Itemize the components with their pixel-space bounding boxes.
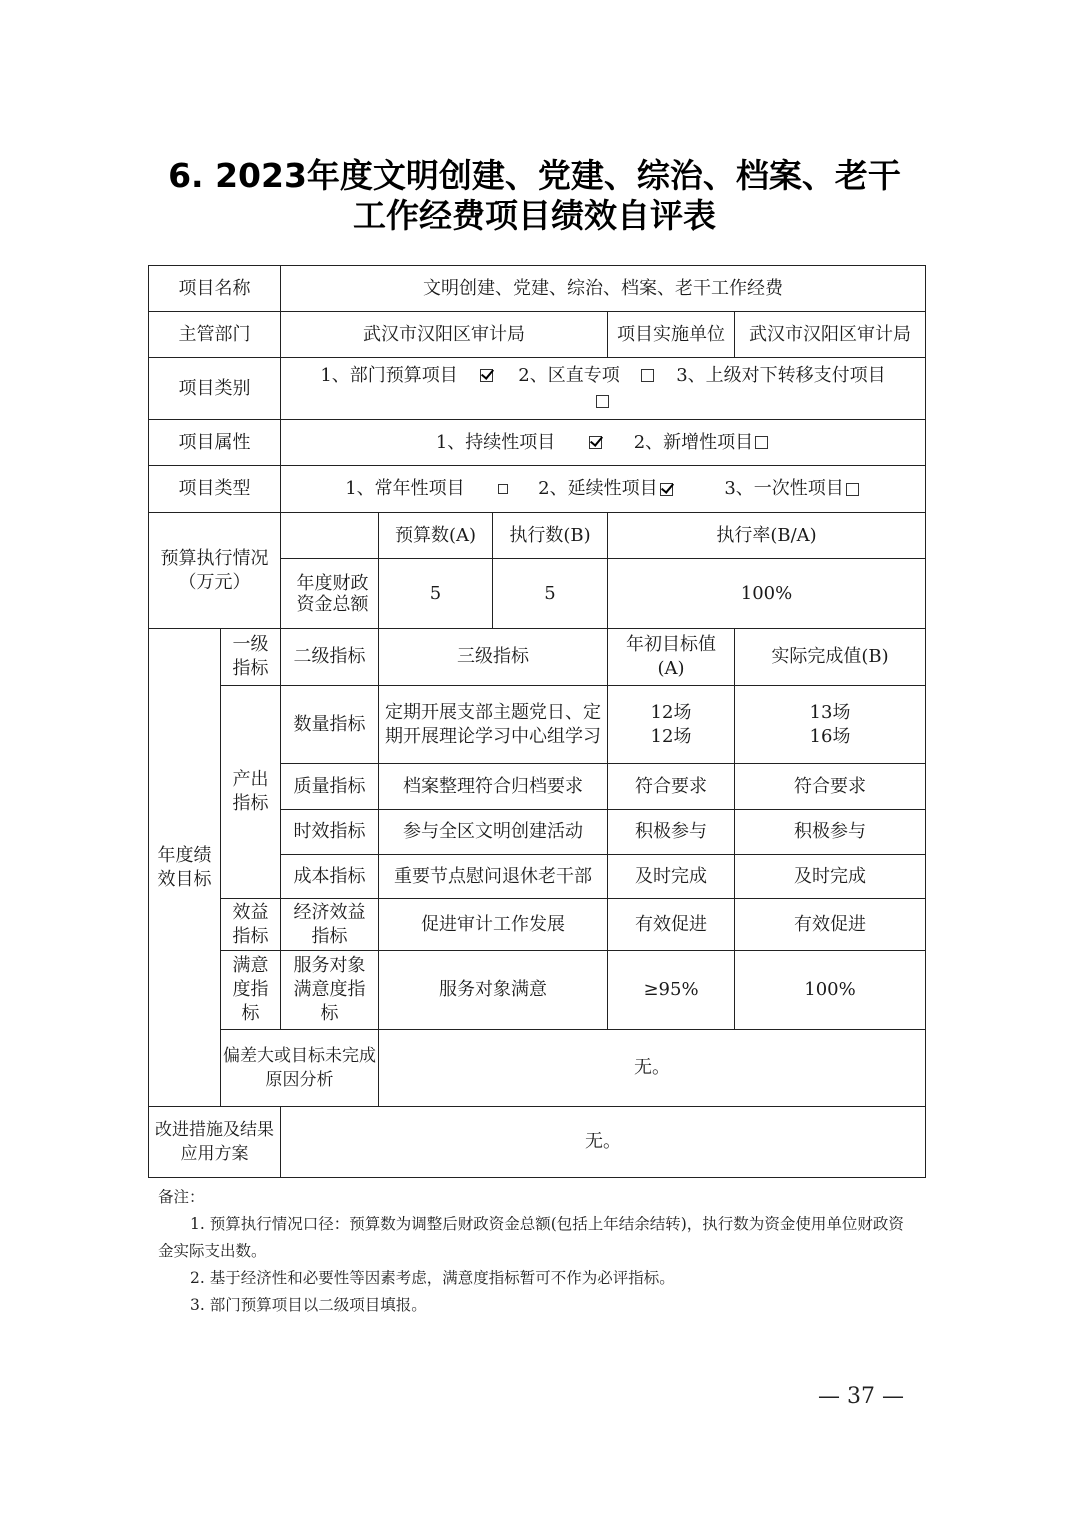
- table-row-satisfaction: 满意度指标 服务对象满意度指标 服务对象满意 ≥95% 100%: [149, 951, 926, 1030]
- exec-value: 5: [493, 559, 608, 629]
- table-row-economic-benefit: 效益指标 经济效益指标 促进审计工作发展 有效促进 有效促进: [149, 899, 926, 951]
- row-deviation-analysis: 偏差大或目标未完成原因分析 无。: [149, 1030, 926, 1107]
- level3-cost: 重要节点慰问退休老干部: [379, 855, 608, 899]
- type-option-1-label: 1、常年性项目: [345, 478, 464, 499]
- annual-fund-total-label: 年度财政资金总额: [281, 559, 379, 629]
- checkbox-attribute-2[interactable]: [755, 436, 768, 449]
- attribute-option-1-label: 1、持续性项目: [436, 432, 555, 453]
- note-item-3: 3. 部门预算项目以二级项目填报。: [158, 1292, 918, 1319]
- type-label: 项目类型: [149, 466, 281, 513]
- header-level1: 一级指标: [221, 629, 281, 686]
- project-name-value: 文明创建、党建、综治、档案、老干工作经费: [281, 266, 926, 312]
- header-target: 年初目标值(A): [608, 629, 735, 686]
- actual-satisfaction: 100%: [735, 951, 926, 1030]
- target-economic-benefit: 有效促进: [608, 899, 735, 951]
- category-option-1-label: 1、部门预算项目: [320, 365, 457, 386]
- col-budget-a: 预算数(A): [379, 513, 493, 559]
- note-item-1: 1. 预算执行情况口径：预算数为调整后财政资金总额(包括上年结余结转)，执行数为…: [158, 1211, 918, 1265]
- target-satisfaction: ≥95%: [608, 951, 735, 1030]
- notes-heading: 备注：: [158, 1184, 918, 1211]
- checkbox-category-3[interactable]: [596, 395, 609, 408]
- note-item-2: 2. 基于经济性和必要性等因素考虑，满意度指标暂可不作为必评指标。: [158, 1265, 918, 1292]
- category-option-3-label: 3、上级对下转移支付项目: [676, 365, 885, 386]
- row-budget-header: 预算执行情况 （万元） 预算数(A) 执行数(B) 执行率(B/A): [149, 513, 926, 559]
- checkbox-type-3[interactable]: [846, 483, 859, 496]
- checkbox-attribute-1-checked[interactable]: [589, 436, 602, 449]
- actual-cost: 及时完成: [735, 855, 926, 899]
- checkbox-type-1[interactable]: [498, 484, 508, 494]
- impl-unit-value: 武汉市汉阳区审计局: [735, 312, 926, 358]
- row-improvement-plan: 改进措施及结果应用方案 无。: [149, 1107, 926, 1178]
- target-quantity: 12场 12场: [608, 686, 735, 764]
- category-options: 1、部门预算项目 2、区直专项 3、上级对下转移支付项目: [281, 358, 926, 420]
- target-quality: 符合要求: [608, 764, 735, 810]
- attribute-label: 项目属性: [149, 420, 281, 466]
- budget-value: 5: [379, 559, 493, 629]
- level1-output: 产出指标: [221, 686, 281, 899]
- level2-quality: 质量指标: [281, 764, 379, 810]
- actual-quantity: 13场 16场: [735, 686, 926, 764]
- actual-quality: 符合要求: [735, 764, 926, 810]
- category-option-2-label: 2、区直专项: [518, 365, 619, 386]
- actual-economic-benefit: 有效促进: [735, 899, 926, 951]
- col-exec-rate: 执行率(B/A): [608, 513, 926, 559]
- improve-value: 无。: [281, 1107, 926, 1178]
- type-option-3-label: 3、一次性项目: [724, 478, 843, 499]
- level2-quantity: 数量指标: [281, 686, 379, 764]
- level2-economic-benefit: 经济效益指标: [281, 899, 379, 951]
- budget-header-empty: [281, 513, 379, 559]
- page-title-line2: 工作经费项目绩效自评表: [0, 190, 1069, 237]
- header-level3: 三级指标: [379, 629, 608, 686]
- row-project-category: 项目类别 1、部门预算项目 2、区直专项 3、上级对下转移支付项目: [149, 358, 926, 420]
- level1-satisfaction: 满意度指标: [221, 951, 281, 1030]
- impl-unit-label: 项目实施单位: [608, 312, 735, 358]
- level3-economic-benefit: 促进审计工作发展: [379, 899, 608, 951]
- budget-label-line1: 预算执行情况: [161, 548, 269, 569]
- level3-satisfaction: 服务对象满意: [379, 951, 608, 1030]
- deviation-value: 无。: [379, 1030, 926, 1107]
- checkbox-category-1-checked[interactable]: [480, 369, 493, 382]
- row-project-type: 项目类型 1、常年性项目 2、延续性项目 3、一次性项目: [149, 466, 926, 513]
- project-name-label: 项目名称: [149, 266, 281, 312]
- actual-quantity-2: 16场: [810, 726, 851, 747]
- level3-quantity: 定期开展支部主题党日、定期开展理论学习中心组学习: [379, 686, 608, 764]
- dept-label: 主管部门: [149, 312, 281, 358]
- level3-timeliness: 参与全区文明创建活动: [379, 810, 608, 855]
- table-row-quantity: 产出指标 数量指标 定期开展支部主题党日、定期开展理论学习中心组学习 12场 1…: [149, 686, 926, 764]
- level1-benefit: 效益指标: [221, 899, 281, 951]
- annual-performance-label: 年度绩效目标: [149, 629, 221, 1107]
- budget-section-label: 预算执行情况 （万元）: [149, 513, 281, 629]
- type-option-2-label: 2、延续性项目: [538, 478, 657, 499]
- exec-rate-value: 100%: [608, 559, 926, 629]
- actual-quantity-1: 13场: [810, 702, 851, 723]
- row-project-name: 项目名称 文明创建、党建、综治、档案、老干工作经费: [149, 266, 926, 312]
- attribute-option-2-label: 2、新增性项目: [634, 432, 753, 453]
- row-project-attribute: 项目属性 1、持续性项目 2、新增性项目: [149, 420, 926, 466]
- budget-label-line2: （万元）: [179, 572, 251, 593]
- checkbox-type-2-checked[interactable]: [660, 483, 673, 496]
- checkbox-category-2[interactable]: [641, 369, 654, 382]
- page-number: — 37 —: [818, 1384, 904, 1409]
- row-department: 主管部门 武汉市汉阳区审计局 项目实施单位 武汉市汉阳区审计局: [149, 312, 926, 358]
- level2-timeliness: 时效指标: [281, 810, 379, 855]
- row-indicator-header: 年度绩效目标 一级指标 二级指标 三级指标 年初目标值(A) 实际完成值(B): [149, 629, 926, 686]
- self-evaluation-table: 项目名称 文明创建、党建、综治、档案、老干工作经费 主管部门 武汉市汉阳区审计局…: [148, 265, 926, 1178]
- dept-value: 武汉市汉阳区审计局: [281, 312, 608, 358]
- target-cost: 及时完成: [608, 855, 735, 899]
- category-label: 项目类别: [149, 358, 281, 420]
- col-exec-b: 执行数(B): [493, 513, 608, 559]
- actual-timeliness: 积极参与: [735, 810, 926, 855]
- level3-quality: 档案整理符合归档要求: [379, 764, 608, 810]
- target-timeliness: 积极参与: [608, 810, 735, 855]
- deviation-label: 偏差大或目标未完成原因分析: [221, 1030, 379, 1107]
- header-actual: 实际完成值(B): [735, 629, 926, 686]
- target-quantity-2: 12场: [651, 726, 692, 747]
- header-level2: 二级指标: [281, 629, 379, 686]
- target-quantity-1: 12场: [651, 702, 692, 723]
- level2-satisfaction: 服务对象满意度指标: [281, 951, 379, 1030]
- notes-section: 备注： 1. 预算执行情况口径：预算数为调整后财政资金总额(包括上年结余结转)，…: [158, 1184, 918, 1319]
- annual-performance-text: 年度绩效目标: [158, 845, 212, 890]
- level2-cost: 成本指标: [281, 855, 379, 899]
- attribute-options: 1、持续性项目 2、新增性项目: [281, 420, 926, 466]
- type-options: 1、常年性项目 2、延续性项目 3、一次性项目: [281, 466, 926, 513]
- improve-label: 改进措施及结果应用方案: [149, 1107, 281, 1178]
